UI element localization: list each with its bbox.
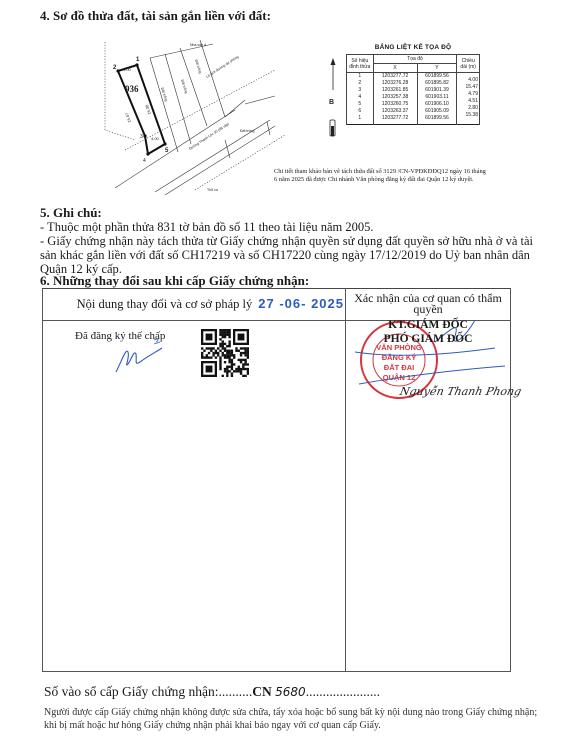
col-length: Chiều dài (m) xyxy=(457,55,480,73)
parcel-map: 2 1 3 4 5 936 4.00 4.00 15.47 15.38 Nhà … xyxy=(95,40,285,200)
vertex-label: 2 xyxy=(113,65,117,71)
svg-text:B: B xyxy=(329,99,334,106)
svg-text:Đất trống: Đất trống xyxy=(160,87,168,102)
section-4-heading: 4. Sơ đồ thửa đất, tài sản gắn liền với … xyxy=(40,8,271,24)
svg-text:1: 1 xyxy=(136,57,140,63)
svg-text:4: 4 xyxy=(143,158,146,164)
svg-text:4.00: 4.00 xyxy=(151,136,160,141)
section-5: 5. Ghi chú: - Thuộc một phần thửa 831 tờ… xyxy=(40,206,540,276)
handwritten-signature xyxy=(110,330,170,380)
signer-name: Nguyễn Thanh Phong xyxy=(399,385,523,398)
svg-text:Đất trống: Đất trống xyxy=(240,129,254,133)
svg-text:Lộ giới đường dự phóng: Lộ giới đường dự phóng xyxy=(205,55,239,79)
registration-number: Số vào sổ cấp Giấy chứng nhận:..........… xyxy=(44,684,380,700)
parcel-number: 936 xyxy=(125,84,139,94)
date-stamp: 27 -06- 2025 xyxy=(258,296,344,311)
col-x: X xyxy=(373,64,417,73)
coord-row: 21203276.28601895.824.00 xyxy=(347,80,480,87)
coord-row: 11203277.72601899.56 xyxy=(347,73,480,81)
changes-column-header: Nội dung thay đổi và cơ sở pháp lý27 -06… xyxy=(42,296,344,312)
coord-row: 11203277.72601899.5615.38 xyxy=(347,115,480,125)
coord-row: 31203261.85601901.3915.47 xyxy=(347,87,480,94)
map-note: Chi tiết tham khảo bản vẽ tách thửa đất … xyxy=(274,168,490,184)
qr-code xyxy=(201,329,249,377)
col-point: Số hiệu đỉnh thửa xyxy=(347,55,374,73)
coord-row: 41203257.38601903.114.79 xyxy=(347,94,480,101)
col-y: Y xyxy=(417,64,457,73)
north-arrow: B xyxy=(326,58,340,148)
svg-text:ĐẤT ĐAI: ĐẤT ĐAI xyxy=(384,362,414,372)
coord-table-title: BẢNG LIỆT KÊ TỌA ĐỘ xyxy=(346,44,480,51)
section-6-heading: 6. Những thay đổi sau khi cấp Giấy chứng… xyxy=(40,273,309,289)
coord-row: 61203263.37601905.092.80 xyxy=(347,108,480,115)
note-line: - Thuộc một phần thửa 831 tờ bản đồ số 1… xyxy=(40,220,540,234)
svg-text:15.47: 15.47 xyxy=(124,111,132,123)
svg-text:Nhà cấp 4: Nhà cấp 4 xyxy=(190,43,206,47)
coord-row: 51203260.75601906.104.51 xyxy=(347,101,480,108)
svg-text:Thổ cư: Thổ cư xyxy=(207,188,219,192)
section-5-heading: 5. Ghi chú: xyxy=(40,206,540,220)
note-line: - Giấy chứng nhận này tách thửa từ Giấy … xyxy=(40,234,540,276)
svg-text:Đất trống: Đất trống xyxy=(194,59,202,74)
col-coords: Tọa độ xyxy=(373,55,457,64)
coordinate-table: BẢNG LIỆT KÊ TỌA ĐỘ Số hiệu đỉnh thửa Tọ… xyxy=(346,44,480,125)
svg-text:Đất trống: Đất trống xyxy=(180,79,188,94)
svg-text:4.00: 4.00 xyxy=(123,67,132,72)
signer-title: KT.GIÁM ĐỐC PHÓ GIÁM ĐỐC xyxy=(346,318,510,346)
svg-text:3: 3 xyxy=(140,134,143,140)
footer-warning: Người được cấp Giấy chứng nhận không đượ… xyxy=(44,706,544,732)
svg-text:ĐĂNG KÝ: ĐĂNG KÝ xyxy=(382,353,417,362)
